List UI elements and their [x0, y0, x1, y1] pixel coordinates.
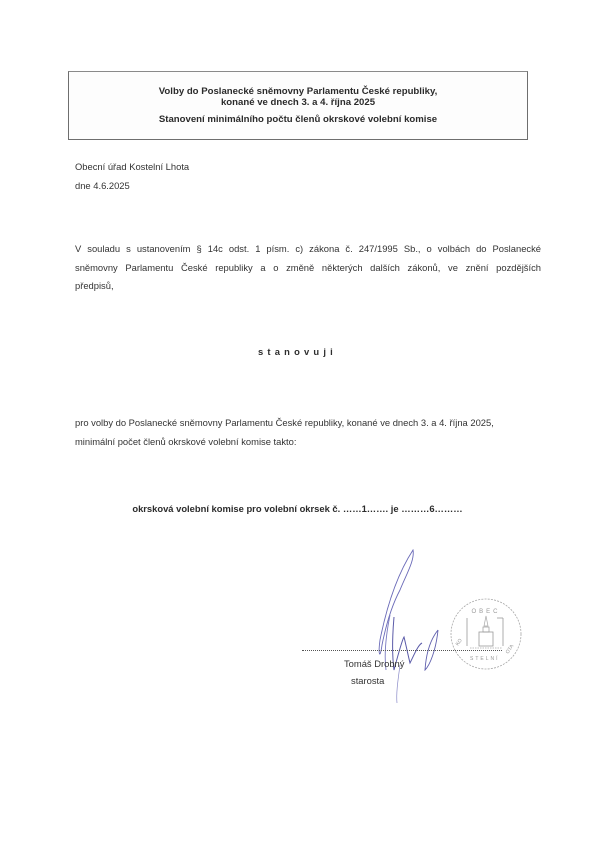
commission-statement: okrsková volební komise pro volební okrs…: [0, 503, 595, 514]
issuing-office: Obecní úřad Kostelní Lhota: [75, 161, 189, 172]
body-paragraph: pro volby do Poslanecké sněmovny Parlame…: [75, 414, 541, 451]
document-page: Volby do Poslanecké sněmovny Parlamentu …: [0, 0, 595, 842]
signatory-role: starosta: [351, 675, 384, 686]
svg-text:KO: KO: [455, 638, 464, 647]
legal-basis-line: sněmovny Parlamentu České republiky a o …: [75, 259, 541, 278]
signatory-name: Tomáš Drobný: [344, 658, 404, 669]
decree-word: stanovuji: [0, 346, 595, 357]
svg-text:OTA: OTA: [505, 643, 516, 655]
legal-basis-line: V souladu s ustanovením § 14c odst. 1 pí…: [75, 240, 541, 259]
issue-date: dne 4.6.2025: [75, 180, 130, 191]
signature-line: [302, 650, 502, 651]
header-subject: Stanovení minimálního počtu členů okrsko…: [69, 114, 527, 125]
header-box: Volby do Poslanecké sněmovny Parlamentu …: [68, 71, 528, 140]
svg-text:STELNÍ: STELNÍ: [470, 655, 500, 662]
legal-basis-line: předpisů,: [75, 277, 541, 296]
body-line: minimální počet členů okrskové volební k…: [75, 433, 541, 452]
header-election-dates: konané ve dnech 3. a 4. října 2025: [69, 97, 527, 108]
svg-text:OBEC: OBEC: [471, 609, 500, 615]
body-line: pro volby do Poslanecké sněmovny Parlame…: [75, 414, 541, 433]
official-stamp-icon: OBEC KO STELNÍ OTA: [448, 596, 524, 672]
header-election-title: Volby do Poslanecké sněmovny Parlamentu …: [69, 86, 527, 97]
legal-basis-paragraph: V souladu s ustanovením § 14c odst. 1 pí…: [75, 240, 541, 296]
